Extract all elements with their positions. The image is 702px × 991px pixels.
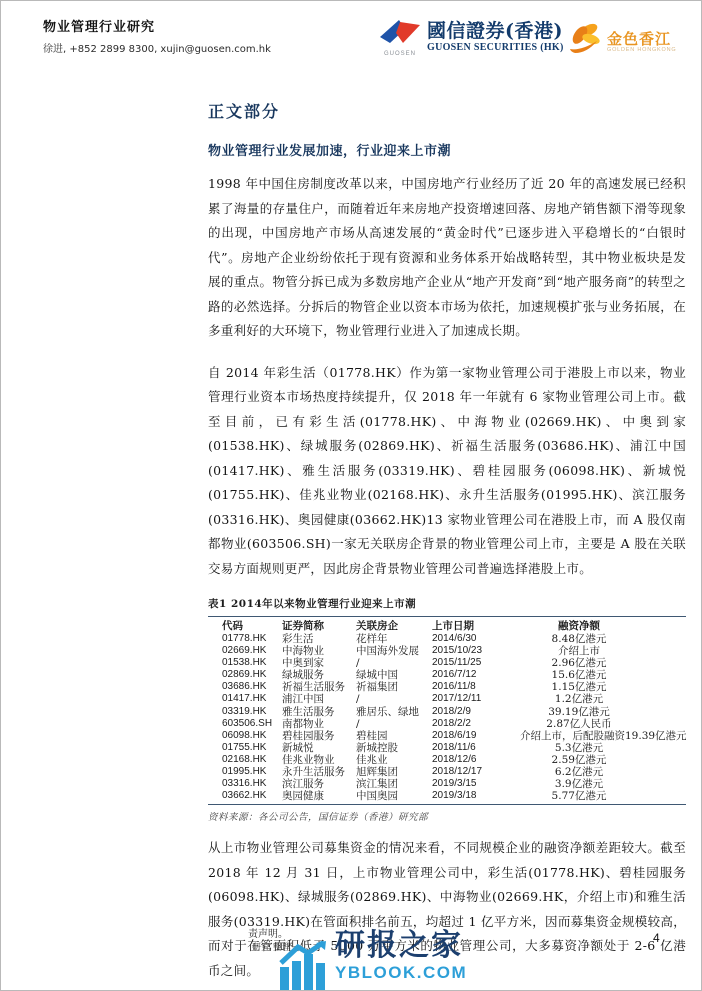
table-cell: 2.87亿人民币 <box>520 718 686 730</box>
table-cell: 02168.HK <box>222 754 282 766</box>
table-cell: / <box>356 718 432 730</box>
table-row: 01538.HK中奥到家/2015/11/252.96亿港元 <box>208 657 686 669</box>
table-cell: 新城悦 <box>282 742 356 754</box>
report-series-title: 物业管理行业研究 <box>43 16 271 35</box>
table-row: 603506.SH南都物业/2018/2/22.87亿人民币 <box>208 718 686 730</box>
table-cell: 佳兆业物业 <box>282 754 356 766</box>
table-cell: 01538.HK <box>222 657 282 669</box>
table-cell: 2.59亿港元 <box>520 754 686 766</box>
table-cell: 证券简称 <box>282 619 356 633</box>
table-cell: 永升生活服务 <box>282 766 356 778</box>
table-cell: 浦江中国 <box>282 693 356 705</box>
ipo-table: 表1 2014年以来物业管理行业迎来上市潮 代码证券简称关联房企上市日期融资净额… <box>208 596 686 823</box>
table-cell: 15.6亿港元 <box>520 669 686 681</box>
table-row: 01755.HK新城悦新城控股2018/11/65.3亿港元 <box>208 742 686 754</box>
table-cell: 滨江集团 <box>356 778 432 790</box>
analyst-contact: 徐进, +852 2899 8300, xujin@guosen.com.hk <box>43 40 271 55</box>
table-cell: 2017/12/11 <box>432 693 520 705</box>
watermark-site: YBLOOK.COM <box>335 963 467 983</box>
table-row: 01995.HK永升生活服务旭辉集团2018/12/176.2亿港元 <box>208 766 686 778</box>
table-row: 02669.HK中海物业中国海外发展2015/10/23介绍上市 <box>208 645 686 657</box>
table-cell: 03662.HK <box>222 790 282 802</box>
table-cell: 01995.HK <box>222 766 282 778</box>
table-cell: 南都物业 <box>282 718 356 730</box>
table-cell: 5.3亿港元 <box>520 742 686 754</box>
golden-hongkong-logo: 金色香江 GOLDEN HONGKONG <box>567 23 676 61</box>
table-cell: 01755.HK <box>222 742 282 754</box>
table-cell: 2019/3/15 <box>432 778 520 790</box>
golden-logo-text: 金色香江 GOLDEN HONGKONG <box>607 31 676 53</box>
table-cell: 新城控股 <box>356 742 432 754</box>
table-row: 03686.HK祈福生活服务祈福集团2016/11/81.15亿港元 <box>208 681 686 693</box>
table-cell: 2018/11/6 <box>432 742 520 754</box>
table-source-note: 资料来源：各公司公告，国信证券（香港）研究部 <box>208 809 686 823</box>
table-cell: 2014/6/30 <box>432 633 520 645</box>
table-cell: 2015/11/25 <box>432 657 520 669</box>
table-cell: 03316.HK <box>222 778 282 790</box>
guosen-mark-caption: GUOSEN <box>379 51 421 57</box>
guosen-logo: GUOSEN 國信證券(香港) GUOSEN SECURITIES (HK) <box>379 20 564 57</box>
guosen-logo-text: 國信證券(香港) GUOSEN SECURITIES (HK) <box>427 20 564 53</box>
report-body: 正文部分 物业管理行业发展加速，行业迎来上市潮 1998 年中国住房制度改革以来… <box>208 99 686 983</box>
table-cell: 中国海外发展 <box>356 645 432 657</box>
table-row: 01417.HK浦江中国/2017/12/111.2亿港元 <box>208 693 686 705</box>
table-cell: 2015/10/23 <box>432 645 520 657</box>
table-cell: 2.96亿港元 <box>520 657 686 669</box>
table-cell: 融资净额 <box>520 619 686 633</box>
table-cell: 中国奥园 <box>356 790 432 802</box>
table-cell: 03686.HK <box>222 681 282 693</box>
table-cell: 祈福集团 <box>356 681 432 693</box>
subsection-title: 物业管理行业发展加速，行业迎来上市潮 <box>208 140 686 159</box>
table-cell: 中海物业 <box>282 645 356 657</box>
table-cell: 8.48亿港元 <box>520 633 686 645</box>
table-caption: 表1 2014年以来物业管理行业迎来上市潮 <box>208 596 686 611</box>
watermark-text: 研报之家 YBLOOK.COM <box>335 929 467 983</box>
table-cell: 代码 <box>222 619 282 633</box>
table-cell: 滨江服务 <box>282 778 356 790</box>
table-cell: 2016/11/8 <box>432 681 520 693</box>
table-cell: 碧桂园服务 <box>282 730 356 742</box>
table-cell: 绿城服务 <box>282 669 356 681</box>
table-row: 03316.HK滨江服务滨江集团2019/3/153.9亿港元 <box>208 778 686 790</box>
table-cell: 06098.HK <box>222 730 282 742</box>
bar-chart-arrow-icon <box>278 941 330 991</box>
table-cell: 2018/12/17 <box>432 766 520 778</box>
table-cell: 2018/6/19 <box>432 730 520 742</box>
table-grid: 代码证券简称关联房企上市日期融资净额 01778.HK彩生活花样年2014/6/… <box>208 616 686 805</box>
table-cell: 2016/7/12 <box>432 669 520 681</box>
table-cell: / <box>356 693 432 705</box>
table-cell: 介绍上市，后配股融资19.39亿港元 <box>520 730 686 742</box>
table-cell: 中奥到家 <box>282 657 356 669</box>
section-title: 正文部分 <box>208 99 686 122</box>
report-page: 物业管理行业研究 徐进, +852 2899 8300, xujin@guose… <box>0 0 702 991</box>
table-header-row: 代码证券简称关联房企上市日期融资净额 <box>208 619 686 633</box>
table-cell: 彩生活 <box>282 633 356 645</box>
table-cell: 祈福生活服务 <box>282 681 356 693</box>
table-cell: 01778.HK <box>222 633 282 645</box>
table-cell: 02669.HK <box>222 645 282 657</box>
guosen-logo-icon: GUOSEN <box>379 20 421 57</box>
table-row: 02869.HK绿城服务绿城中国2016/7/1215.6亿港元 <box>208 669 686 681</box>
table-cell: 上市日期 <box>432 619 520 633</box>
table-cell: 01417.HK <box>222 693 282 705</box>
table-row: 02168.HK佳兆业物业佳兆业2018/12/62.59亿港元 <box>208 754 686 766</box>
table-cell: 旭辉集团 <box>356 766 432 778</box>
table-cell: 2019/3/18 <box>432 790 520 802</box>
yblook-watermark: 研报之家 YBLOOK.COM <box>278 929 467 983</box>
paragraph-1: 1998 年中国住房制度改革以来，中国房地产行业经历了近 20 年的高速发展已经… <box>208 172 686 344</box>
watermark-name-cn: 研报之家 <box>335 929 467 963</box>
table-cell: 碧桂园 <box>356 730 432 742</box>
table-cell: 02869.HK <box>222 669 282 681</box>
table-cell: 5.77亿港元 <box>520 790 686 802</box>
table-row: 03319.HK雅生活服务雅居乐、绿地2018/2/939.19亿港元 <box>208 706 686 718</box>
table-cell: 1.15亿港元 <box>520 681 686 693</box>
header-left: 物业管理行业研究 徐进, +852 2899 8300, xujin@guose… <box>43 16 271 55</box>
table-cell: 1.2亿港元 <box>520 693 686 705</box>
table-cell: 39.19亿港元 <box>520 706 686 718</box>
golden-name-cn: 金色香江 <box>607 31 676 47</box>
table-cell: 花样年 <box>356 633 432 645</box>
table-cell: 6.2亿港元 <box>520 766 686 778</box>
table-cell: 介绍上市 <box>520 645 686 657</box>
table-cell: 2018/2/2 <box>432 718 520 730</box>
table-body: 01778.HK彩生活花样年2014/6/308.48亿港元02669.HK中海… <box>208 633 686 802</box>
guosen-name-cn: 國信證券(香港) <box>427 20 564 42</box>
table-cell: / <box>356 657 432 669</box>
golden-name-en: GOLDEN HONGKONG <box>607 47 676 53</box>
table-cell: 关联房企 <box>356 619 432 633</box>
table-row: 01778.HK彩生活花样年2014/6/308.48亿港元 <box>208 633 686 645</box>
table-cell: 奥园健康 <box>282 790 356 802</box>
table-cell: 603506.SH <box>222 718 282 730</box>
table-cell: 2018/12/6 <box>432 754 520 766</box>
table-cell: 绿城中国 <box>356 669 432 681</box>
table-cell: 雅居乐、绿地 <box>356 706 432 718</box>
guosen-name-en: GUOSEN SECURITIES (HK) <box>427 42 564 53</box>
table-cell: 2018/2/9 <box>432 706 520 718</box>
paragraph-2: 自 2014 年彩生活（01778.HK）作为第一家物业管理公司于港股上市以来，… <box>208 361 686 582</box>
table-cell: 雅生活服务 <box>282 706 356 718</box>
golden-flower-icon <box>567 23 603 61</box>
table-cell: 佳兆业 <box>356 754 432 766</box>
table-row: 06098.HK碧桂园服务碧桂园2018/6/19介绍上市，后配股融资19.39… <box>208 730 686 742</box>
table-cell: 3.9亿港元 <box>520 778 686 790</box>
page-number: 4 <box>653 931 660 945</box>
table-row: 03662.HK奥园健康中国奥园2019/3/185.77亿港元 <box>208 790 686 802</box>
table-cell: 03319.HK <box>222 706 282 718</box>
